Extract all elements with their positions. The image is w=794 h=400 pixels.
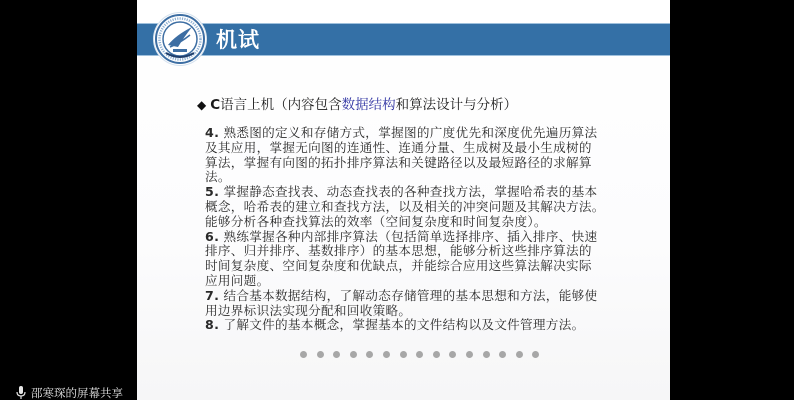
loading-indicator (300, 351, 539, 358)
loading-dot (383, 351, 390, 358)
item-line: 能够分析各种查找算法的效率（空间复杂度和时间复杂度）。 (205, 214, 547, 229)
list-item: 5. 掌握静态查找表、动态查找表的各种查找方法，掌握哈希表的基本概念，哈希表的建… (205, 185, 655, 229)
syllabus-list: 4. 熟悉图的定义和存储方式，掌握图的广度优先和深度优先遍历算法及其应用，掌握无… (205, 126, 655, 333)
item-line: 算法，掌握有向图的拓扑排序算法和关键路径以及最短路径的求解算 (205, 155, 592, 170)
loading-dot (350, 351, 357, 358)
heading-text-before: 语言上机（内容包含 (220, 97, 342, 113)
item-line: 概念，哈希表的建立和查找方法，以及相关的冲突问题及其解决方法。 (205, 199, 605, 214)
item-line: 排序、归并排序、基数排序）的基本思想，能够分析这些排序算法的 (205, 243, 592, 258)
item-number: 5. (205, 184, 219, 199)
item-line: 掌握静态查找表、动态查找表的各种查找方法，掌握哈希表的基本 (223, 184, 597, 199)
list-item: 7. 结合基本数据结构，了解动态存储管理的基本思想和方法，能够使用边界标识法实现… (205, 289, 655, 319)
item-line: 及其应用，掌握无向图的连通性、连通分量、生成树及最小生成树的 (205, 140, 592, 155)
heading-text-after: 和算法设计与分析） (396, 97, 518, 113)
heading-highlight: 数据结构 (342, 97, 396, 113)
loading-dot (317, 351, 324, 358)
item-line: 了解文件的基本概念，掌握基本的文件结构以及文件管理方法。 (223, 317, 584, 332)
loading-dot (466, 351, 473, 358)
loading-dot (366, 351, 373, 358)
loading-dot (483, 351, 490, 358)
section-heading: ◆C语言上机（内容包含数据结构和算法设计与分析） (197, 93, 517, 113)
loading-dot (499, 351, 506, 358)
loading-dot (416, 351, 423, 358)
item-line: 熟练掌握各种内部排序算法（包括简单选择排序、插入排序、快速 (223, 229, 597, 244)
list-item: 8. 了解文件的基本概念，掌握基本的文件结构以及文件管理方法。 (205, 318, 655, 333)
item-line: 法。 (205, 169, 231, 184)
list-item: 6. 熟练掌握各种内部排序算法（包括简单选择排序、插入排序、快速排序、归并排序、… (205, 230, 655, 289)
list-item: 4. 熟悉图的定义和存储方式，掌握图的广度优先和深度优先遍历算法及其应用，掌握无… (205, 126, 655, 185)
item-line: 用边界标识法实现分配和回收策略。 (205, 303, 411, 318)
item-line: 熟悉图的定义和存储方式，掌握图的广度优先和深度优先遍历算法 (223, 125, 597, 140)
loading-dot (449, 351, 456, 358)
item-line: 时间复杂度、空间复杂度和优缺点，并能综合应用这些算法解决实际 (205, 258, 592, 273)
slide-title: 机试 (216, 26, 260, 54)
loading-dot (433, 351, 440, 358)
heading-prefix: C (210, 97, 220, 113)
presentation-slide: 机试 ◆C语言上机（内容包含数据结构和算法设计与分析） 4. 熟悉图的定义和存储… (137, 0, 670, 400)
loading-dot (532, 351, 539, 358)
screen-share-label: 邵寒琛的屏幕共享 (16, 385, 125, 400)
loading-dot (516, 351, 523, 358)
loading-dot (400, 351, 407, 358)
item-line: 应用问题。 (205, 273, 269, 288)
item-number: 8. (205, 317, 219, 332)
screen-share-viewer: 机试 ◆C语言上机（内容包含数据结构和算法设计与分析） 4. 熟悉图的定义和存储… (0, 0, 794, 400)
item-number: 4. (205, 125, 219, 140)
item-line: 结合基本数据结构，了解动态存储管理的基本思想和方法，能够使 (223, 288, 597, 303)
university-emblem-icon (154, 13, 206, 65)
microphone-icon[interactable] (16, 386, 26, 399)
item-number: 7. (205, 288, 219, 303)
loading-dot (333, 351, 340, 358)
item-number: 6. (205, 229, 219, 244)
loading-dot (300, 351, 307, 358)
sharer-name: 邵寒琛的屏幕共享 (31, 385, 123, 400)
diamond-bullet-icon: ◆ (197, 98, 206, 112)
